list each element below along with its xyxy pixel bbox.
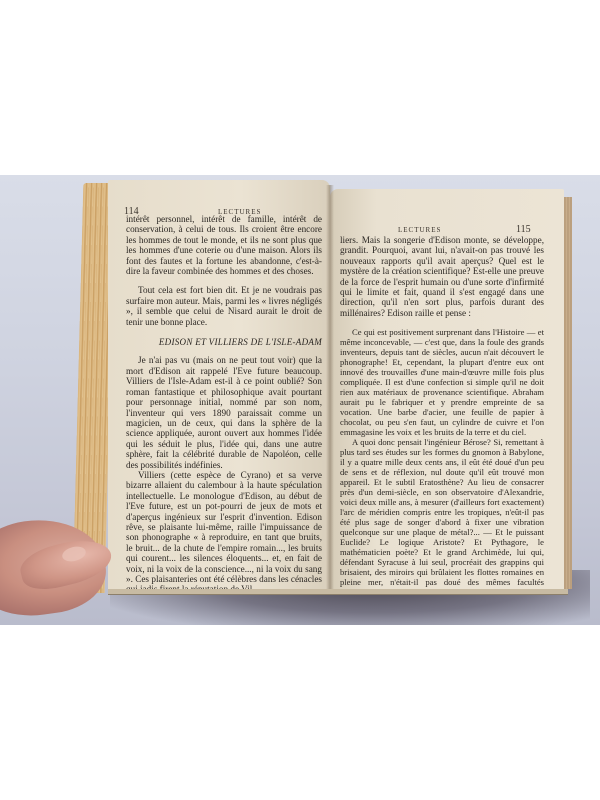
right-page: LECTURES 115 liers. Mais la songerie d'E… bbox=[330, 189, 564, 589]
right-paragraph-1: liers. Mais la songerie d'Edison monte, … bbox=[340, 235, 544, 318]
section-title: EDISON ET VILLIERS DE L'ISLE-ADAM bbox=[126, 337, 322, 347]
right-quote-2: A quoi donc pensait l'ingénieur Bérose? … bbox=[340, 437, 544, 589]
right-page-number: 115 bbox=[516, 224, 531, 235]
left-paragraph-1: intérêt personnel, intérêt de famille, i… bbox=[126, 214, 322, 276]
right-quote-1: Ce qui est positivement surprenant dans … bbox=[340, 327, 544, 437]
book-photo: 114 LECTURES intérêt personnel, intérêt … bbox=[0, 175, 600, 625]
left-page: 114 LECTURES intérêt personnel, intérêt … bbox=[108, 180, 330, 592]
left-paragraph-4: Villiers (cette espèce de Cyrano) et sa … bbox=[126, 470, 322, 592]
right-page-text: liers. Mais la songerie d'Edison monte, … bbox=[340, 235, 544, 589]
book-gutter bbox=[326, 185, 334, 590]
left-page-text: intérêt personnel, intérêt de famille, i… bbox=[126, 214, 322, 592]
right-running-head: LECTURES bbox=[398, 226, 441, 234]
book-bottom-edge bbox=[108, 589, 568, 595]
left-paragraph-3: Je n'ai pas vu (mais on ne peut tout voi… bbox=[126, 355, 322, 469]
left-paragraph-2: Tout cela est fort bien dit. Et je ne vo… bbox=[126, 285, 322, 327]
